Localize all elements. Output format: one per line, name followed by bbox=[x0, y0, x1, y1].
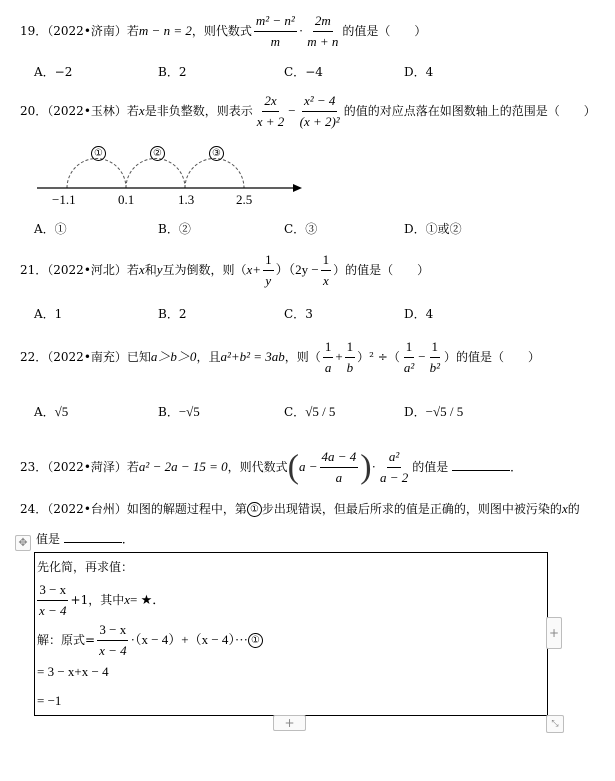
question-number: 21． bbox=[20, 263, 47, 277]
denominator: m + n bbox=[305, 32, 340, 49]
numerator: 1 bbox=[263, 253, 274, 271]
stem-text: 的 bbox=[568, 502, 580, 516]
fraction: 3 − xx − 4 bbox=[97, 623, 129, 658]
step-marker: ① bbox=[247, 502, 262, 517]
numerator: 2m bbox=[313, 14, 333, 32]
question-19: 19．（2022•济南）若m − n = 2，则代数式m² − n²m·2mm … bbox=[20, 14, 426, 49]
condition: a²+b² = 3ab bbox=[220, 349, 284, 364]
move-icon: ✥ bbox=[18, 536, 27, 549]
operator: + bbox=[335, 349, 342, 364]
option-c[interactable]: C．③ bbox=[284, 220, 317, 237]
option-c[interactable]: C．3 bbox=[284, 305, 313, 322]
option-letter: C． bbox=[284, 405, 305, 419]
operator: − bbox=[418, 349, 425, 364]
box-line-5: = −1 bbox=[37, 693, 61, 709]
box-line-3: 解：原式=3 − xx − 4·（x − 4）+（x − 4）···① bbox=[37, 623, 263, 658]
option-value: −4 bbox=[305, 65, 323, 79]
option-value: 1 bbox=[55, 307, 63, 321]
option-letter: C． bbox=[284, 307, 305, 321]
operator: · bbox=[372, 459, 376, 474]
numerator: 2x bbox=[262, 94, 278, 112]
question-21: 21．（2022•河北）若x和y互为倒数，则（x+1y）（2y −1x）的值是（… bbox=[20, 253, 429, 288]
step-marker: ① bbox=[248, 633, 263, 648]
add-column-button[interactable]: + bbox=[546, 617, 562, 649]
option-a[interactable]: A．√5 bbox=[34, 403, 68, 420]
fraction: 4a − 4a bbox=[320, 450, 359, 485]
option-value: ①或② bbox=[426, 222, 462, 236]
fraction: 1y bbox=[263, 253, 274, 288]
numerator: x² − 4 bbox=[302, 94, 337, 112]
option-value: ② bbox=[179, 222, 191, 236]
plus-icon: + bbox=[549, 626, 559, 640]
question-24-line2: 值是 ． bbox=[36, 530, 134, 547]
option-b[interactable]: B．② bbox=[158, 220, 191, 237]
arc-label: ③ bbox=[209, 146, 224, 161]
option-b[interactable]: B．2 bbox=[158, 63, 186, 80]
fraction: 2mm + n bbox=[305, 14, 340, 49]
resize-icon: ⤡ bbox=[551, 719, 558, 729]
answer-blank[interactable] bbox=[452, 458, 510, 471]
answer-blank[interactable] bbox=[64, 530, 122, 543]
table-resize-handle[interactable]: ⤡ bbox=[546, 715, 564, 733]
option-a[interactable]: A．① bbox=[34, 220, 67, 237]
option-letter: D． bbox=[404, 222, 426, 236]
stem-text: ，则代数式 bbox=[228, 460, 288, 474]
option-letter: A． bbox=[34, 65, 55, 79]
operator: − bbox=[288, 103, 295, 118]
stem-text: 的值是 bbox=[412, 460, 448, 474]
number-line-figure: ① ② ③ −1.1 0.1 1.3 2.5 bbox=[34, 142, 314, 210]
stem-text: ． bbox=[510, 460, 522, 474]
option-letter: B． bbox=[158, 307, 179, 321]
option-letter: C． bbox=[284, 65, 305, 79]
term: x+ bbox=[247, 262, 262, 277]
question-source: （2022•济南） bbox=[47, 24, 127, 38]
numerator: 1 bbox=[430, 340, 441, 358]
term: ）（2y − bbox=[276, 262, 319, 277]
add-row-button[interactable]: + bbox=[273, 715, 306, 731]
denominator: a bbox=[323, 358, 334, 375]
stem-text: 的值是（ ） bbox=[342, 24, 426, 38]
denominator: x − 4 bbox=[97, 641, 129, 658]
fraction: 1a bbox=[323, 340, 334, 375]
stem-text: ·（x − 4）+（x − 4）··· bbox=[131, 632, 248, 647]
option-letter: A． bbox=[34, 222, 55, 236]
q22-options: A．√5 B．−√5 C．√5 / 5 D．−√5 / 5 bbox=[34, 395, 594, 435]
question-number: 23． bbox=[20, 460, 47, 474]
option-value: −2 bbox=[55, 65, 73, 79]
numerator: a² bbox=[387, 450, 401, 468]
option-value: ③ bbox=[305, 222, 317, 236]
stem-text: 若 bbox=[127, 460, 139, 474]
table-move-handle[interactable]: ✥ bbox=[15, 535, 31, 551]
condition: a² − 2a − 15 = 0 bbox=[139, 459, 228, 474]
stem-text: 如图的解题过程中，第 bbox=[127, 502, 247, 516]
fraction: 1b bbox=[345, 340, 356, 375]
option-value: 2 bbox=[179, 65, 187, 79]
stem-text: 是非负整数，则表示 bbox=[145, 104, 253, 118]
option-d[interactable]: D．4 bbox=[404, 63, 433, 80]
option-a[interactable]: A．−2 bbox=[34, 63, 72, 80]
tick-label: 0.1 bbox=[118, 192, 134, 208]
stem-text: ，且 bbox=[196, 350, 220, 364]
question-source: （2022•河北） bbox=[47, 263, 127, 277]
stem-text: ，则（ bbox=[285, 350, 321, 364]
solution-table[interactable]: 先化简，再求值： 3 − xx − 4+1，其中x= ★． 解：原式=3 − x… bbox=[34, 552, 548, 716]
option-d[interactable]: D．−√5 / 5 bbox=[404, 403, 463, 420]
denominator: b bbox=[345, 358, 356, 375]
box-line-4: = 3 − x+x − 4 bbox=[37, 664, 109, 680]
fraction: 1a² bbox=[402, 340, 416, 375]
fraction: 1b² bbox=[428, 340, 442, 375]
question-number: 22． bbox=[20, 350, 47, 364]
question-source: （2022•玉林） bbox=[47, 104, 127, 118]
plus-icon: + bbox=[284, 716, 294, 730]
denominator: x − 4 bbox=[37, 601, 69, 618]
option-b[interactable]: B．−√5 bbox=[158, 403, 200, 420]
question-number: 19． bbox=[20, 24, 47, 38]
tick-label: 1.3 bbox=[178, 192, 194, 208]
option-value: √5 / 5 bbox=[305, 404, 335, 419]
option-c[interactable]: C．−4 bbox=[284, 63, 323, 80]
numerator: 1 bbox=[345, 340, 356, 358]
denominator: m bbox=[269, 32, 282, 49]
box-line-1: 先化简，再求值： bbox=[37, 559, 133, 575]
numerator: 3 − x bbox=[97, 623, 128, 641]
stem-text: ）的值是（ ） bbox=[444, 350, 540, 364]
denominator: (x + 2)² bbox=[298, 112, 342, 129]
numerator: m² − n² bbox=[254, 14, 297, 32]
option-d[interactable]: D．①或② bbox=[404, 220, 462, 237]
tick-label: 2.5 bbox=[236, 192, 252, 208]
numerator: 4a − 4 bbox=[320, 450, 359, 468]
option-value: 2 bbox=[179, 307, 187, 321]
option-value: √5 bbox=[55, 404, 69, 419]
option-d[interactable]: D．4 bbox=[404, 305, 433, 322]
denominator: a bbox=[334, 468, 345, 485]
arc-label: ② bbox=[150, 146, 165, 161]
option-c[interactable]: C．√5 / 5 bbox=[284, 403, 335, 420]
stem-text: ． bbox=[122, 532, 134, 546]
denominator: a − 2 bbox=[378, 468, 410, 485]
option-b[interactable]: B．2 bbox=[158, 305, 186, 322]
tick-label: −1.1 bbox=[52, 192, 76, 208]
stem-text: 互为倒数，则（ bbox=[163, 263, 247, 277]
option-letter: B． bbox=[158, 65, 179, 79]
option-value: −√5 / 5 bbox=[426, 404, 464, 419]
fraction: 3 − xx − 4 bbox=[37, 583, 69, 618]
stem-text: 值是 bbox=[36, 532, 60, 546]
stem-text: 和 bbox=[145, 263, 157, 277]
option-value: −√5 bbox=[179, 404, 200, 419]
stem-text: 步出现错误，但最后所求的值是正确的，则图中被污染的 bbox=[262, 502, 562, 516]
question-20: 20．（2022•玉林）若x是非负整数，则表示2xx + 2−x² − 4(x … bbox=[20, 94, 596, 129]
question-number: 24． bbox=[20, 502, 47, 516]
question-number: 20． bbox=[20, 104, 47, 118]
stem-text: 已知 bbox=[127, 350, 151, 364]
numerator: 1 bbox=[404, 340, 415, 358]
option-letter: D． bbox=[404, 307, 426, 321]
stem-text: ）的值是（ ） bbox=[333, 263, 429, 277]
question-24: 24．（2022•台州）如图的解题过程中，第①步出现错误，但最后所求的值是正确的… bbox=[20, 501, 580, 517]
denominator: x + 2 bbox=[255, 112, 287, 129]
question-source: （2022•南充） bbox=[47, 350, 127, 364]
term: a − bbox=[299, 459, 318, 474]
operator: ）² ÷（ bbox=[357, 350, 400, 364]
option-letter: B． bbox=[158, 222, 179, 236]
condition: a＞b＞0 bbox=[151, 349, 197, 364]
denominator: x bbox=[321, 271, 331, 288]
fraction: 2xx + 2 bbox=[255, 94, 287, 129]
box-line-2: 3 − xx − 4+1，其中x= ★． bbox=[37, 583, 165, 618]
condition: m − n = 2 bbox=[139, 23, 192, 38]
option-value: ① bbox=[55, 222, 67, 236]
right-paren: ) bbox=[360, 449, 371, 486]
fraction: x² − 4(x + 2)² bbox=[298, 94, 342, 129]
stem-text: ，则代数式 bbox=[192, 24, 252, 38]
option-letter: A． bbox=[34, 307, 55, 321]
number-line-icon bbox=[34, 142, 314, 210]
stem-text: 若 bbox=[127, 104, 139, 118]
stem-text: 的值的对应点落在如图数轴上的范围是（ ） bbox=[344, 104, 596, 118]
stem-text: 若 bbox=[127, 263, 139, 277]
numerator: 3 − x bbox=[37, 583, 68, 601]
fraction: 1x bbox=[321, 253, 332, 288]
stem-text: 解：原式= bbox=[37, 633, 95, 647]
denominator: b² bbox=[428, 358, 442, 375]
stem-text: +1，其中 bbox=[71, 593, 125, 607]
option-a[interactable]: A．1 bbox=[34, 305, 62, 322]
option-letter: D． bbox=[404, 405, 426, 419]
option-value: 3 bbox=[305, 307, 313, 321]
denominator: a² bbox=[402, 358, 416, 375]
left-paren: ( bbox=[288, 449, 299, 486]
stem-text: = ★． bbox=[130, 592, 165, 607]
question-source: （2022•台州） bbox=[47, 502, 127, 516]
fraction: m² − n²m bbox=[254, 14, 297, 49]
option-letter: D． bbox=[404, 65, 426, 79]
operator: · bbox=[299, 23, 303, 38]
option-letter: B． bbox=[158, 405, 179, 419]
option-value: 4 bbox=[426, 307, 434, 321]
arc-label: ① bbox=[91, 146, 106, 161]
question-23: 23．（2022•菏泽）若a² − 2a − 15 = 0，则代数式(a −4a… bbox=[20, 450, 522, 485]
question-source: （2022•菏泽） bbox=[47, 460, 127, 474]
question-22: 22．（2022•南充）已知a＞b＞0，且a²+b² = 3ab，则（1a+1b… bbox=[20, 340, 540, 375]
option-value: 4 bbox=[426, 65, 434, 79]
fraction: a²a − 2 bbox=[378, 450, 410, 485]
option-letter: C． bbox=[284, 222, 305, 236]
option-letter: A． bbox=[34, 405, 55, 419]
stem-text: 若 bbox=[127, 24, 139, 38]
numerator: 1 bbox=[323, 340, 334, 358]
denominator: y bbox=[263, 271, 273, 288]
numerator: 1 bbox=[321, 253, 332, 271]
